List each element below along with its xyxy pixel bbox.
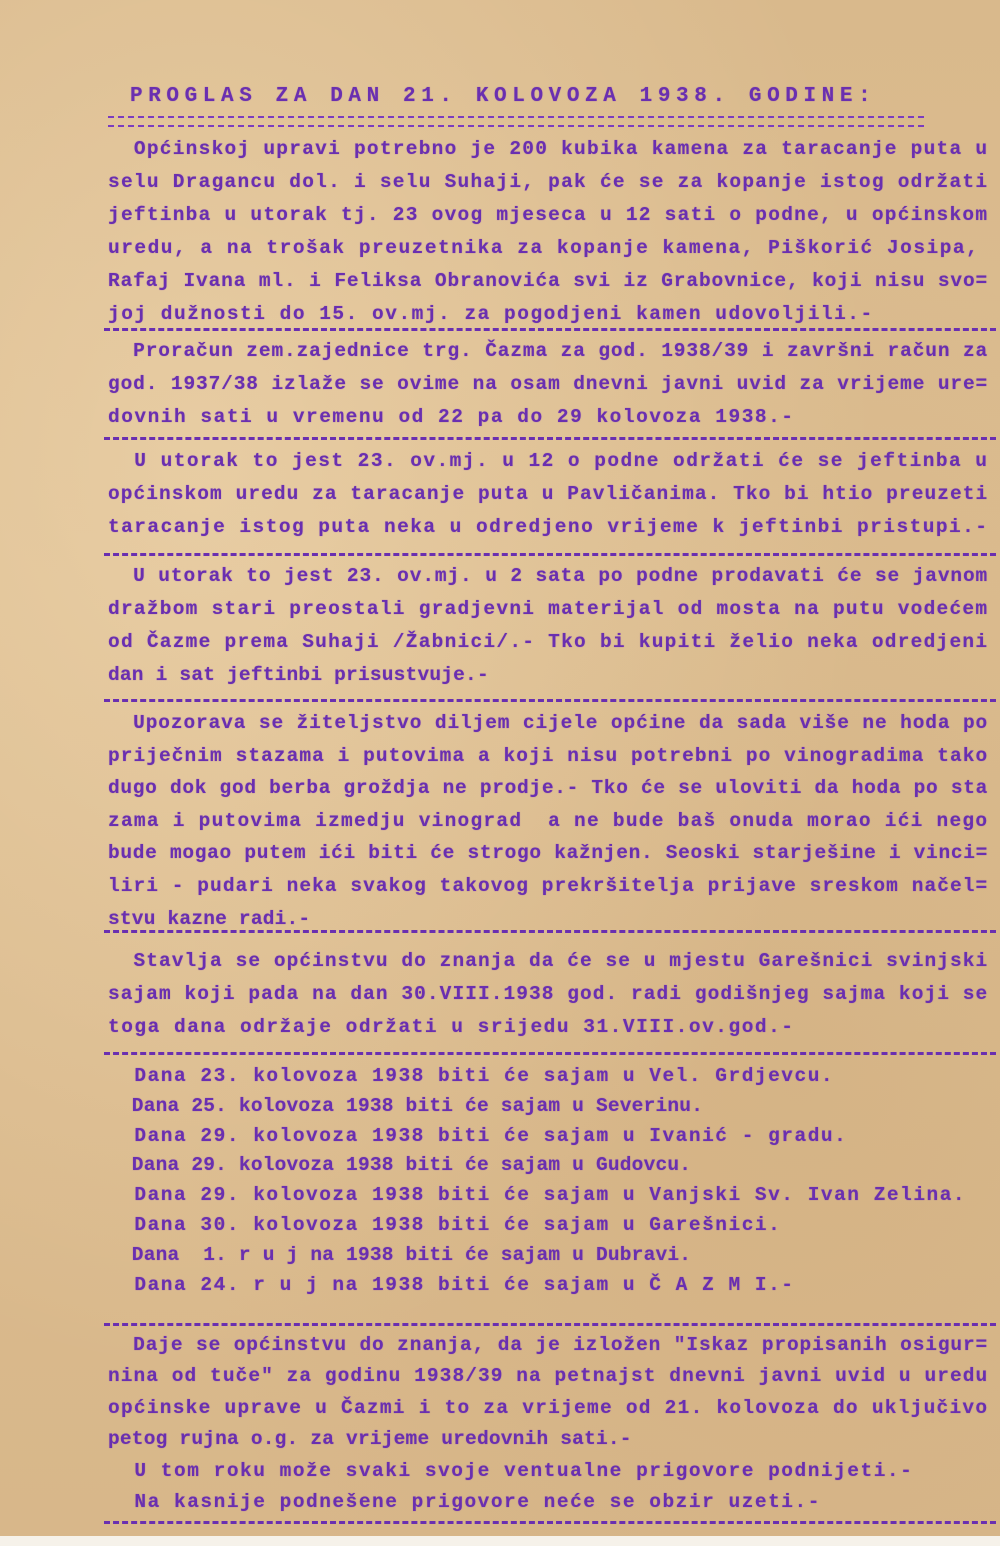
text-line: jeftinba u utorak tj. 23 ovog mjeseca u …: [108, 206, 988, 226]
section-divider: [104, 1052, 996, 1055]
text-line: Dana 30. kolovoza 1938 biti će sajam u G…: [108, 1216, 781, 1236]
text-line: U utorak to jest 23. ov.mj. u 12 o podne…: [108, 452, 988, 472]
text-line: Daje se općinstvu do znanja, da je izlož…: [108, 1336, 988, 1356]
section-divider: [104, 437, 996, 440]
text-line: Dana 1. r u j na 1938 biti će sajam u Du…: [108, 1246, 691, 1266]
text-line: Dana 29. kolovoza 1938 biti će sajam u V…: [108, 1186, 966, 1206]
text-line: Upozorava se žiteljstvo diljem cijele op…: [108, 714, 988, 734]
text-line: taracanje istog puta neka u odredjeno vr…: [108, 518, 988, 538]
text-line: bude mogao putem ići biti će strogo kažn…: [108, 844, 988, 864]
text-line: liri - pudari neka svakog takovog prekrš…: [108, 877, 988, 897]
text-line: dovnih sati u vremenu od 22 pa do 29 kol…: [108, 408, 795, 428]
text-line: U tom roku može svaki svoje ventualne pr…: [108, 1462, 913, 1482]
text-line: dugo dok god berba groždja ne prodje.- T…: [108, 779, 988, 799]
text-line: sajam koji pada na dan 30.VIII.1938 god.…: [108, 985, 988, 1005]
text-line: općinskom uredu za taracanje puta u Pavl…: [108, 485, 988, 505]
section-divider: [104, 1323, 996, 1326]
section-divider: [104, 699, 996, 702]
title-underline: [108, 116, 924, 127]
text-line: nina od tuče" za godinu 1938/39 na petna…: [108, 1367, 988, 1387]
text-line: U utorak to jest 23. ov.mj. u 2 sata po …: [108, 567, 988, 587]
scan-edge: [0, 1536, 1000, 1546]
text-line: Dana 23. kolovoza 1938 biti će sajam u V…: [108, 1067, 834, 1087]
text-line: Na kasnije podnešene prigovore neće se o…: [108, 1493, 821, 1513]
proclamation-title: PROGLAS ZA DAN 21. KOLOVOZA 1938. GODINE…: [130, 86, 876, 107]
section-divider: [104, 553, 996, 556]
text-line: stvu kazne radi.-: [108, 910, 310, 930]
text-line: od Čazme prema Suhaji /Žabnici/.- Tko bi…: [108, 633, 988, 653]
section-divider: [104, 1521, 996, 1524]
text-line: god. 1937/38 izlaže se ovime na osam dne…: [108, 375, 988, 395]
paper-sheet: [0, 0, 1000, 1536]
text-line: Dana 24. r u j na 1938 biti će sajam u Č…: [108, 1276, 795, 1296]
text-line: Dana 29. kolovoza 1938 biti će sajam u I…: [108, 1127, 847, 1147]
section-divider: [104, 930, 996, 933]
text-line: toga dana održaje održati u srijedu 31.V…: [108, 1018, 795, 1038]
section-divider: [104, 328, 996, 331]
text-line: Rafaj Ivana ml. i Feliksa Obranovića svi…: [108, 272, 988, 292]
text-line: petog rujna o.g. za vrijeme uredovnih sa…: [108, 1430, 632, 1450]
text-line: Općinskoj upravi potrebno je 200 kubika …: [108, 140, 988, 160]
text-line: Dana 29. kolovoza 1938 biti će sajam u G…: [108, 1156, 691, 1176]
text-line: Proračun zem.zajednice trg. Čazma za god…: [108, 342, 988, 362]
text-line: selu Dragancu dol. i selu Suhaji, pak će…: [108, 173, 988, 193]
text-line: Dana 25. kolovoza 1938 biti će sajam u S…: [108, 1097, 703, 1117]
text-line: Stavlja se općinstvu do znanja da će se …: [108, 952, 988, 972]
text-line: dražbom stari preostali gradjevni materi…: [108, 600, 988, 620]
text-line: općinske uprave u Čazmi i to za vrijeme …: [108, 1399, 988, 1419]
text-line: zama i putovima izmedju vinograd a ne bu…: [108, 812, 988, 832]
text-line: joj dužnosti do 15. ov.mj. za pogodjeni …: [108, 305, 874, 325]
text-line: uredu, a na trošak preuzetnika za kopanj…: [108, 239, 979, 259]
text-line: priječnim stazama i putovima a koji nisu…: [108, 747, 988, 767]
text-line: dan i sat jeftinbi prisustvuje.-: [108, 666, 489, 686]
